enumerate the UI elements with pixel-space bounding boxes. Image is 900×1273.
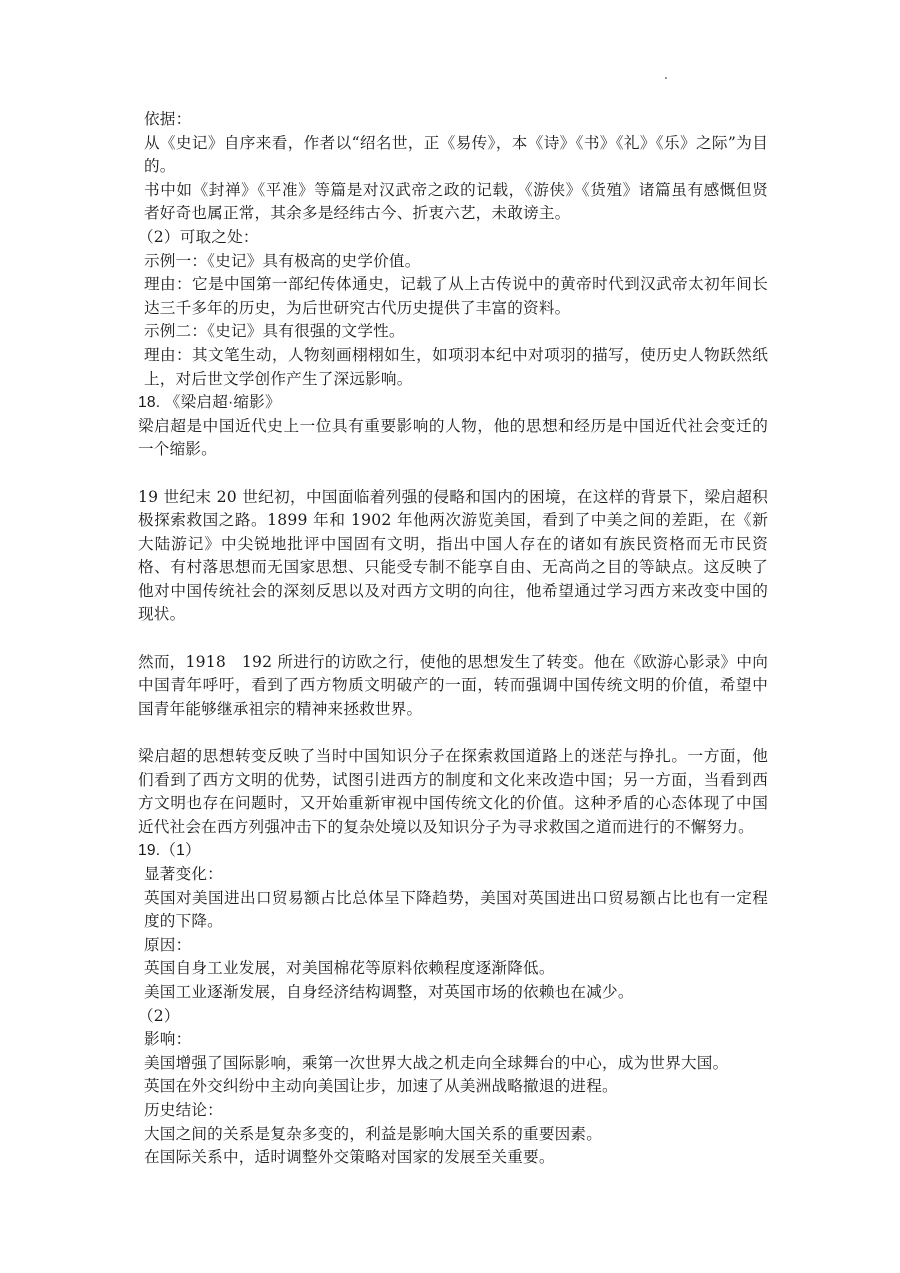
spacer — [138, 627, 768, 651]
q18-paragraph-3: 梁启超的思想转变反映了当时中国知识分子在探索救国道路上的迷茫与挣扎。一方面，他们… — [138, 745, 768, 839]
corner-mark — [665, 77, 667, 79]
basis-point-1: 从《史记》自序来看，作者以“绍名世，正《易传》，本《诗》《书》《礼》《乐》之际”… — [138, 132, 768, 179]
document-page: 依据： 从《史记》自序来看，作者以“绍名世，正《易传》，本《诗》《书》《礼》《乐… — [0, 0, 900, 1273]
impact-us: 美国增强了国际影响，乘第一次世界大战之机走向全球舞台的中心，成为世界大国。 — [138, 1052, 768, 1076]
section-q18: 18. 《梁启超·缩影》 梁启超是中国近代史上一位具有重要影响的人物，他的思想和… — [138, 391, 768, 839]
q18-paragraph-1: 19 世纪末 20 世纪初，中国面临着列强的侵略和国内的困境，在这样的背景下，梁… — [138, 486, 768, 628]
document-body: 依据： 从《史记》自序来看，作者以“绍名世，正《易传》，本《诗》《书》《礼》《乐… — [138, 108, 768, 1170]
part-2-heading: （2）可取之处： — [138, 226, 768, 250]
label-conclusion: 历史结论： — [138, 1099, 768, 1123]
reason-uk: 英国自身工业发展，对美国棉花等原料依赖程度逐渐降低。 — [138, 957, 768, 981]
section-q19: 19.（1） 显著变化： 英国对美国进出口贸易额占比总体呈下降趋势，美国对英国进… — [138, 839, 768, 1169]
label-basis: 依据： — [138, 108, 768, 132]
impact-uk: 英国在外交纠纷中主动向美国让步，加速了从美洲战略撤退的进程。 — [138, 1075, 768, 1099]
reason-us: 美国工业逐渐发展，自身经济结构调整，对英国市场的依赖也在减少。 — [138, 981, 768, 1005]
q18-paragraph-2: 然而，1918 192 所进行的访欧之行，使他的思想发生了转变。他在《欧游心影录… — [138, 651, 768, 722]
reason-1: 理由：它是中国第一部纪传体通史，记载了从上古传说中的黄帝时代到汉武帝太初年间长达… — [138, 273, 768, 320]
conclusion-1: 大国之间的关系是复杂多变的，利益是影响大国关系的重要因素。 — [138, 1123, 768, 1147]
notable-change-text: 英国对美国进出口贸易额占比总体呈下降趋势，美国对英国进出口贸易额占比也有一定程度… — [138, 887, 768, 934]
q19-heading: 19.（1） — [138, 839, 768, 863]
label-impact: 影响： — [138, 1028, 768, 1052]
example-1: 示例一：《史记》具有极高的史学价值。 — [138, 250, 768, 274]
spacer — [138, 721, 768, 745]
q18-intro: 梁启超是中国近代史上一位具有重要影响的人物，他的思想和经历是中国近代社会变迁的一… — [138, 415, 768, 462]
example-2: 示例二：《史记》具有很强的文学性。 — [138, 320, 768, 344]
conclusion-2: 在国际关系中，适时调整外交策略对国家的发展至关重要。 — [138, 1146, 768, 1170]
label-reason: 原因： — [138, 934, 768, 958]
q18-heading: 18. 《梁启超·缩影》 — [138, 391, 768, 415]
label-notable-change: 显著变化： — [138, 863, 768, 887]
reason-2: 理由：其文笔生动，人物刻画栩栩如生，如项羽本纪中对项羽的描写，使历史人物跃然纸上… — [138, 344, 768, 391]
basis-point-2: 书中如《封禅》《平准》等篇是对汉武帝之政的记载，《游侠》《货殖》诸篇虽有感慨但贤… — [138, 179, 768, 226]
q19-part-2-heading: （2） — [138, 1005, 768, 1029]
section-q17: 依据： 从《史记》自序来看，作者以“绍名世，正《易传》，本《诗》《书》《礼》《乐… — [138, 108, 768, 391]
spacer — [138, 462, 768, 486]
